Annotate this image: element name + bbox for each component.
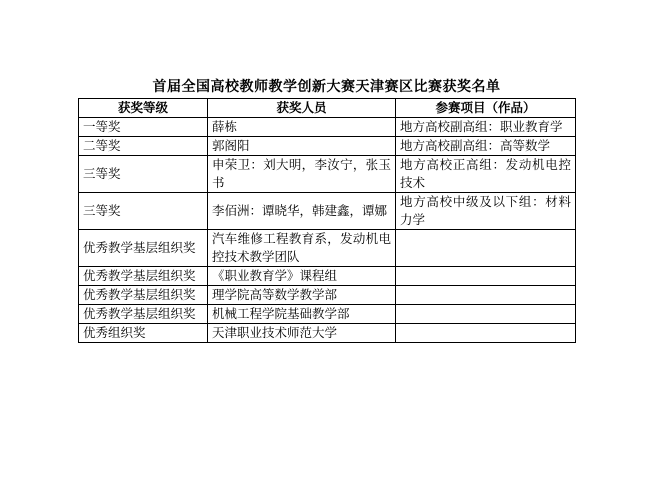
- header-row: 获奖等级 获奖人员 参赛项目（作品）: [79, 99, 576, 118]
- award-level-cell: 二等奖: [79, 137, 208, 156]
- award-level-cell: 优秀教学基层组织奖: [79, 267, 208, 286]
- table-row: 优秀教学基层组织奖 汽车维修工程教育系，发动机电控技术教学团队: [79, 230, 576, 267]
- award-level-cell: 三等奖: [79, 193, 208, 230]
- award-people-cell: 理学院高等数学教学部: [208, 286, 396, 305]
- award-people-cell: 李佰洲：谭晓华，韩建鑫，谭娜: [208, 193, 396, 230]
- awards-table: 获奖等级 获奖人员 参赛项目（作品） 一等奖 薛栋 地方高校副高组：职业教育学 …: [78, 98, 576, 343]
- table-row: 优秀教学基层组织奖 机械工程学院基础教学部: [79, 305, 576, 324]
- award-people-cell: 《职业教育学》课程组: [208, 267, 396, 286]
- table-row: 优秀组织奖 天津职业技术师范大学: [79, 324, 576, 343]
- award-level-cell: 三等奖: [79, 156, 208, 193]
- project-cell: [396, 267, 576, 286]
- project-cell: [396, 324, 576, 343]
- document-title: 首届全国高校教师教学创新大赛天津赛区比赛获奖名单: [78, 79, 575, 96]
- table-row: 三等奖 李佰洲：谭晓华，韩建鑫，谭娜 地方高校中级及以下组：材料力学: [79, 193, 576, 230]
- project-cell: [396, 286, 576, 305]
- award-people-cell: 薛栋: [208, 118, 396, 137]
- project-cell: 地方高校副高组：职业教育学: [396, 118, 576, 137]
- award-people-cell: 汽车维修工程教育系，发动机电控技术教学团队: [208, 230, 396, 267]
- column-header-project: 参赛项目（作品）: [396, 99, 576, 118]
- project-cell: [396, 230, 576, 267]
- award-level-cell: 优秀教学基层组织奖: [79, 305, 208, 324]
- column-header-award-level: 获奖等级: [79, 99, 208, 118]
- document-content: 首届全国高校教师教学创新大赛天津赛区比赛获奖名单 获奖等级 获奖人员 参赛项目（…: [78, 79, 575, 343]
- award-people-cell: 郭阁阳: [208, 137, 396, 156]
- project-cell: 地方高校正高组：发动机电控技术: [396, 156, 576, 193]
- award-level-cell: 优秀组织奖: [79, 324, 208, 343]
- table-row: 三等奖 申荣卫：刘大明，李汝宁，张玉书 地方高校正高组：发动机电控技术: [79, 156, 576, 193]
- project-cell: 地方高校副高组：高等数学: [396, 137, 576, 156]
- table-row: 二等奖 郭阁阳 地方高校副高组：高等数学: [79, 137, 576, 156]
- table-row: 优秀教学基层组织奖 《职业教育学》课程组: [79, 267, 576, 286]
- award-level-cell: 优秀教学基层组织奖: [79, 286, 208, 305]
- table-row: 一等奖 薛栋 地方高校副高组：职业教育学: [79, 118, 576, 137]
- award-people-cell: 天津职业技术师范大学: [208, 324, 396, 343]
- column-header-award-people: 获奖人员: [208, 99, 396, 118]
- award-level-cell: 优秀教学基层组织奖: [79, 230, 208, 267]
- project-cell: 地方高校中级及以下组：材料力学: [396, 193, 576, 230]
- project-cell: [396, 305, 576, 324]
- document-page: 首届全国高校教师教学创新大赛天津赛区比赛获奖名单 获奖等级 获奖人员 参赛项目（…: [0, 0, 658, 479]
- award-people-cell: 申荣卫：刘大明，李汝宁，张玉书: [208, 156, 396, 193]
- award-people-cell: 机械工程学院基础教学部: [208, 305, 396, 324]
- table-row: 优秀教学基层组织奖 理学院高等数学教学部: [79, 286, 576, 305]
- award-level-cell: 一等奖: [79, 118, 208, 137]
